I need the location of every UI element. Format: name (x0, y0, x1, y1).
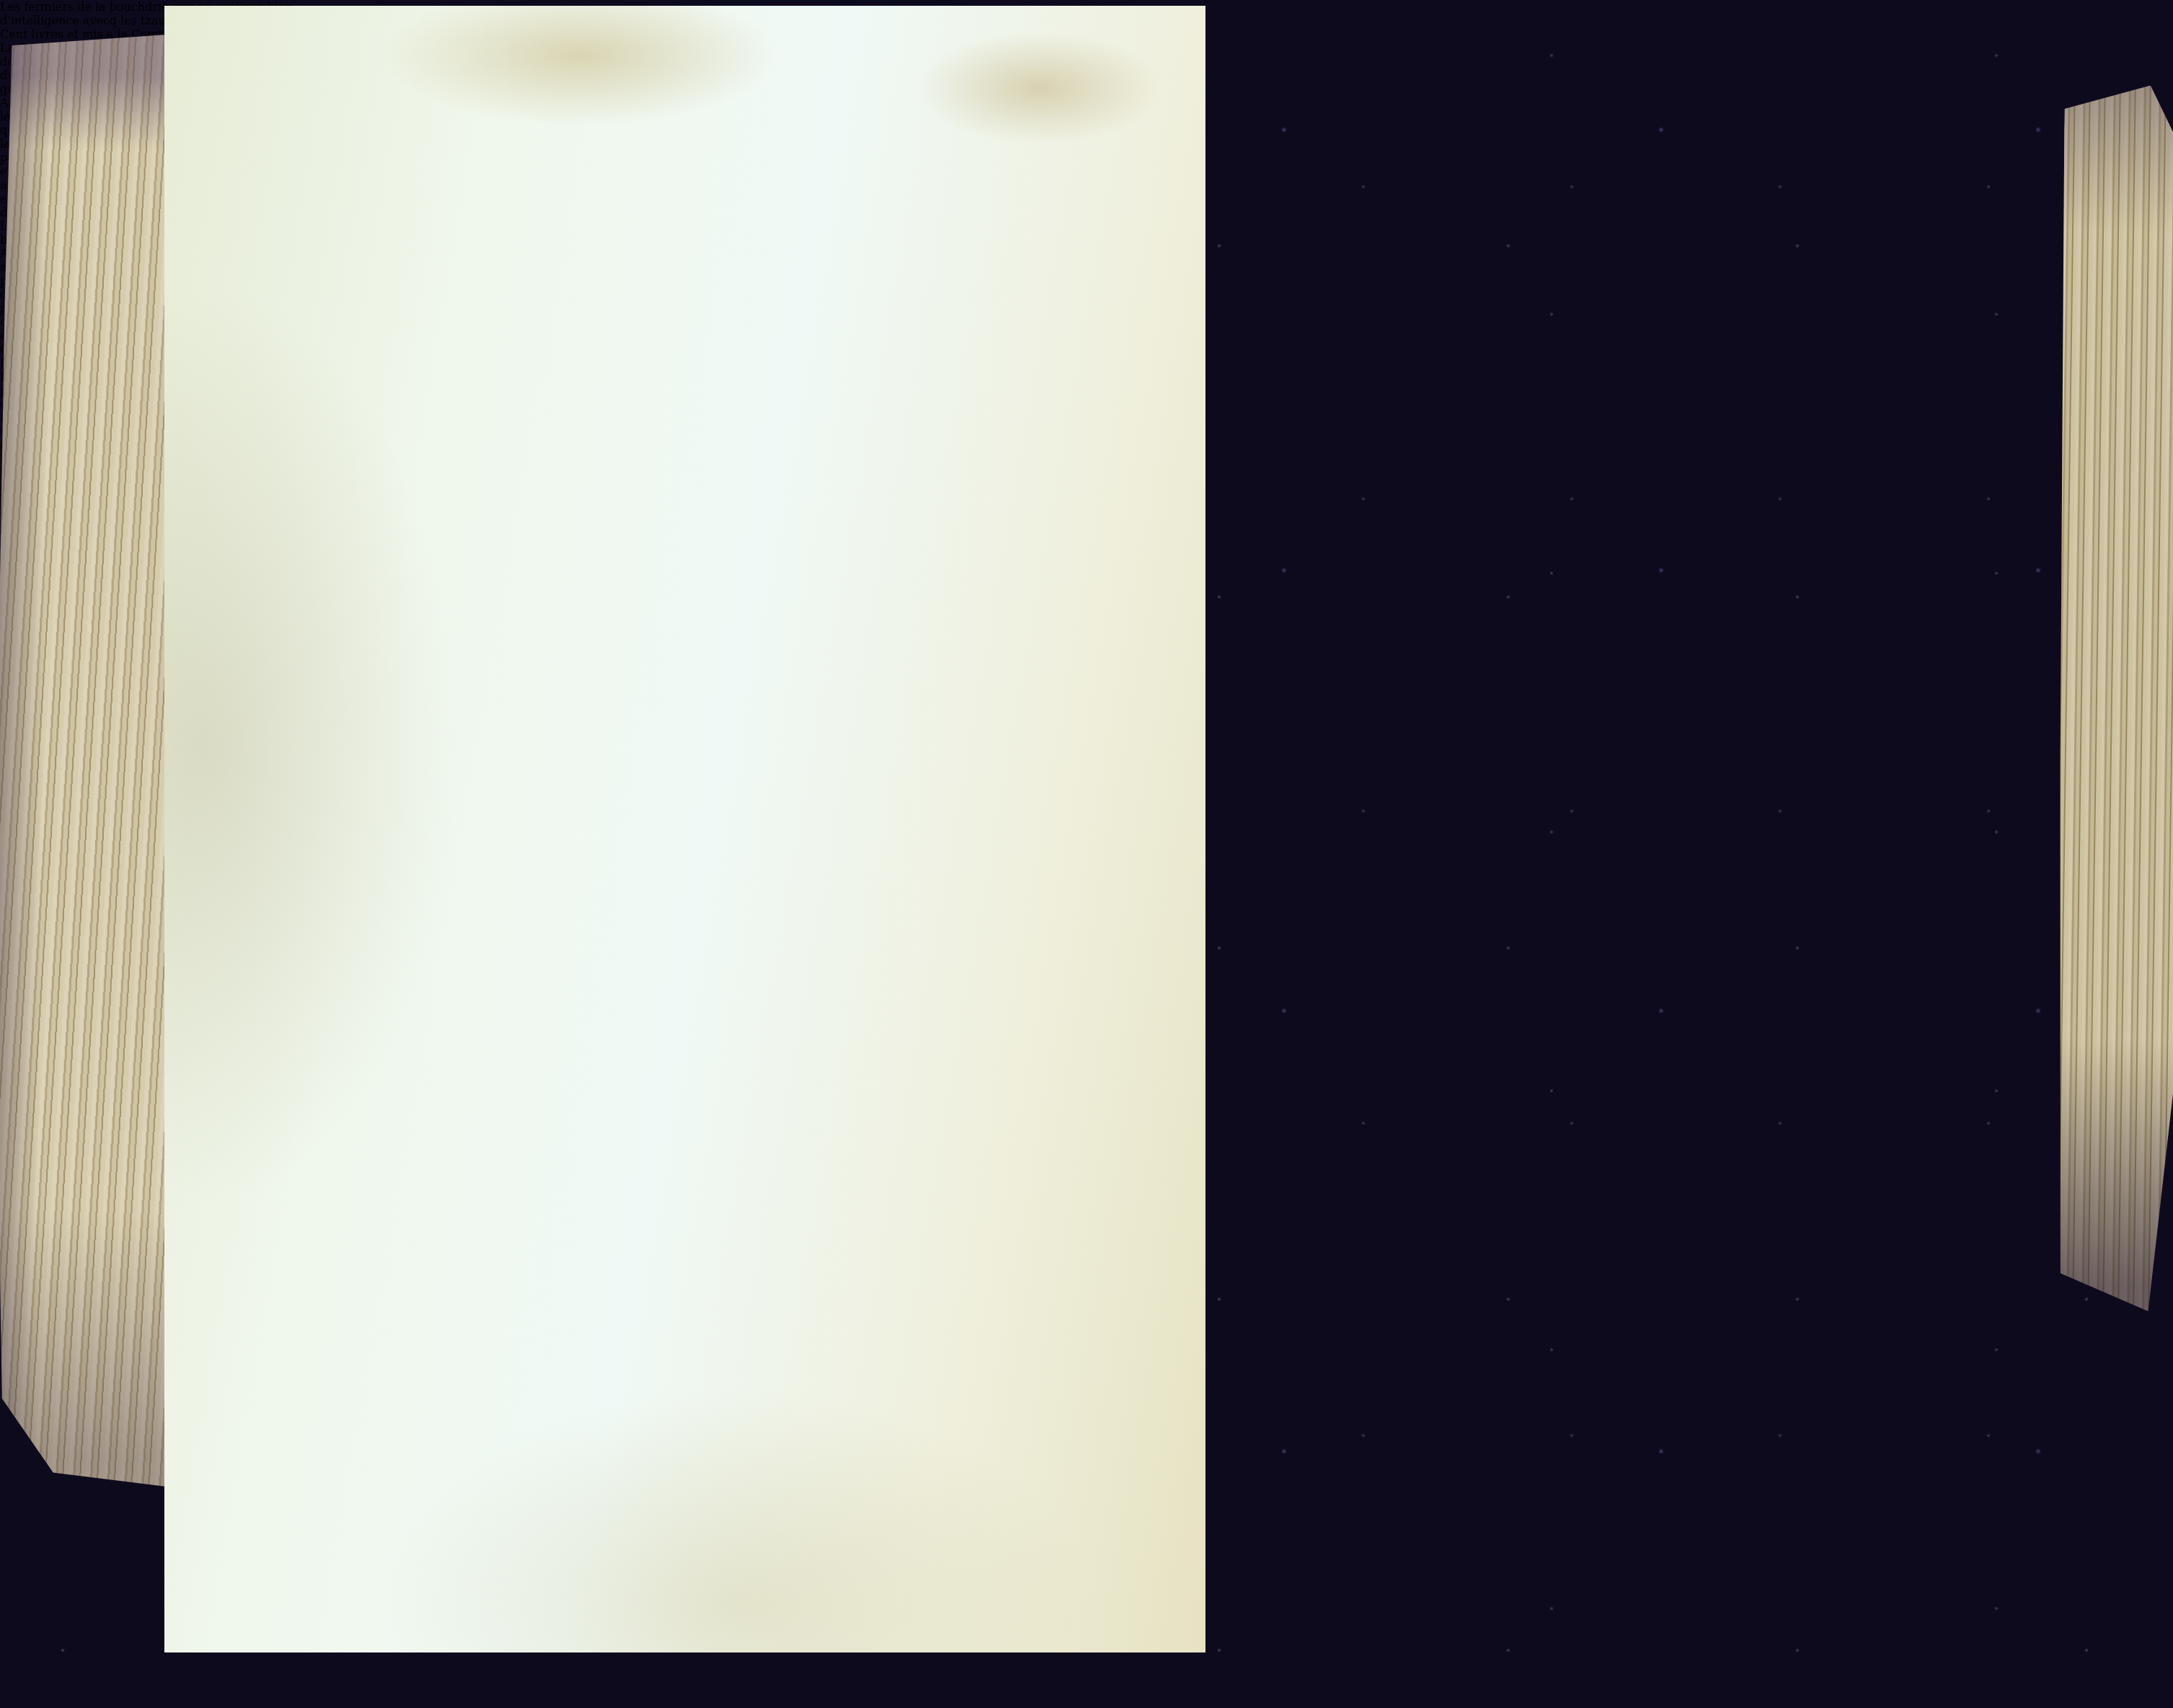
manuscript-photo: Les fermiers de la bouchdrie guy ne sont… (0, 0, 2173, 1708)
right-page-edge-stack (2048, 84, 2173, 1311)
left-page (164, 6, 1205, 1652)
